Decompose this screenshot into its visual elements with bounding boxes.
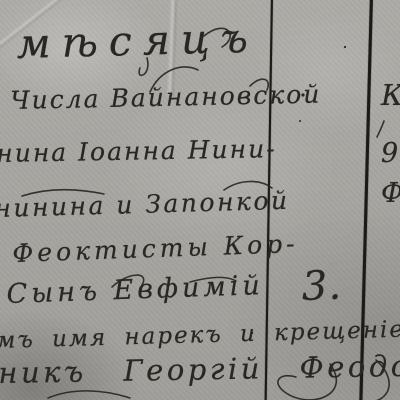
ink-speck: [344, 46, 346, 48]
flourish-next-line-peek: [48, 391, 130, 398]
flourish-margin-stroke: [377, 121, 384, 137]
margin-fragment-digit: 9: [381, 138, 398, 169]
record-line-7: никъ Георгій Феодоръ: [0, 348, 400, 390]
register-page-scan: мѣсяцъ Числа Вайнановской нина Іоанна Ни…: [0, 0, 400, 400]
margin-fragment-letter: Ф: [381, 178, 400, 209]
record-line-5: Сынъ Евфимій: [6, 270, 264, 310]
record-line-3: нинина и Запонкой: [0, 186, 290, 223]
record-line-2: нина Іоанна Нини-: [0, 134, 277, 168]
record-line-6: мъ имя нарекъ и крещеніе Св: [0, 315, 400, 354]
record-line-1: Числа Вайнановской: [10, 79, 322, 115]
margin-fragment-letter: К: [381, 78, 400, 112]
ink-speck: [299, 120, 301, 122]
entry-number: 3.: [301, 263, 343, 310]
record-line-4: Феоктисты Кор-: [12, 229, 299, 268]
month-header: мѣсяцъ: [16, 14, 259, 68]
